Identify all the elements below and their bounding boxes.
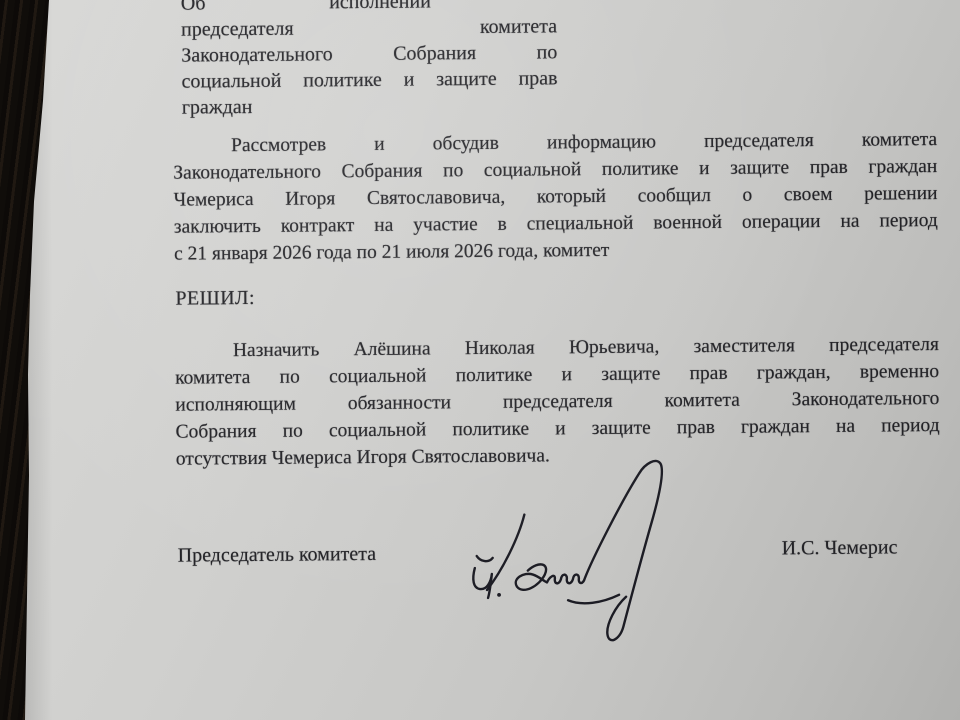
heading-line: председателя комитета — [181, 13, 557, 42]
paragraph-line: Законодательного Собрания по социальной … — [173, 153, 937, 187]
document-content: Об исполнении председателя комитета Зако… — [0, 0, 960, 720]
signature-stroke — [515, 461, 664, 641]
paragraph-line: исполняющим обязанности председателя ком… — [175, 385, 939, 419]
paragraph-line: Чемериса Игоря Святославовича, который с… — [173, 180, 937, 214]
paragraph-line: комитета по социальной политике и защите… — [175, 358, 939, 392]
resolution-keyword: РЕШИЛ: — [175, 285, 255, 312]
paragraph-line: Рассмотрев и обсудив информацию председа… — [173, 126, 937, 160]
paragraph-resolution: Назначить Алёшина Николая Юрьевича, заме… — [175, 331, 940, 473]
signature-stroke — [473, 568, 492, 598]
heading-line: социальной политике и защите прав — [181, 65, 557, 94]
paragraph-line: с 21 января 2026 года по 21 июля 2026 го… — [174, 234, 938, 268]
heading-line: Законодательного Собрания по — [181, 39, 557, 68]
signature-dot — [497, 593, 501, 597]
document-heading: Об исполнении председателя комитета Зако… — [181, 0, 558, 121]
signature-underline — [568, 595, 619, 604]
signer-name: И.С. Чемерис — [782, 536, 898, 560]
paragraph-line: Собрания по социальной политике и защите… — [176, 412, 940, 446]
heading-clipped-line: Об исполнении — [181, 0, 431, 17]
signature-stroke — [486, 515, 525, 590]
handwritten-signature — [431, 456, 713, 658]
paragraph-line: заключить контракт на участие в специаль… — [174, 207, 938, 241]
committee-chair-label: Председатель комитета — [178, 543, 377, 568]
signature-stroke — [477, 556, 493, 561]
paragraph-line: Назначить Алёшина Николая Юрьевича, заме… — [175, 331, 939, 365]
document-paper: Об исполнении председателя комитета Зако… — [0, 0, 960, 720]
paragraph-considered: Рассмотрев и обсудив информацию председа… — [173, 126, 938, 268]
heading-line: граждан — [182, 91, 558, 120]
paragraph-line: отсутствия Чемериса Игоря Святославовича… — [176, 439, 940, 473]
